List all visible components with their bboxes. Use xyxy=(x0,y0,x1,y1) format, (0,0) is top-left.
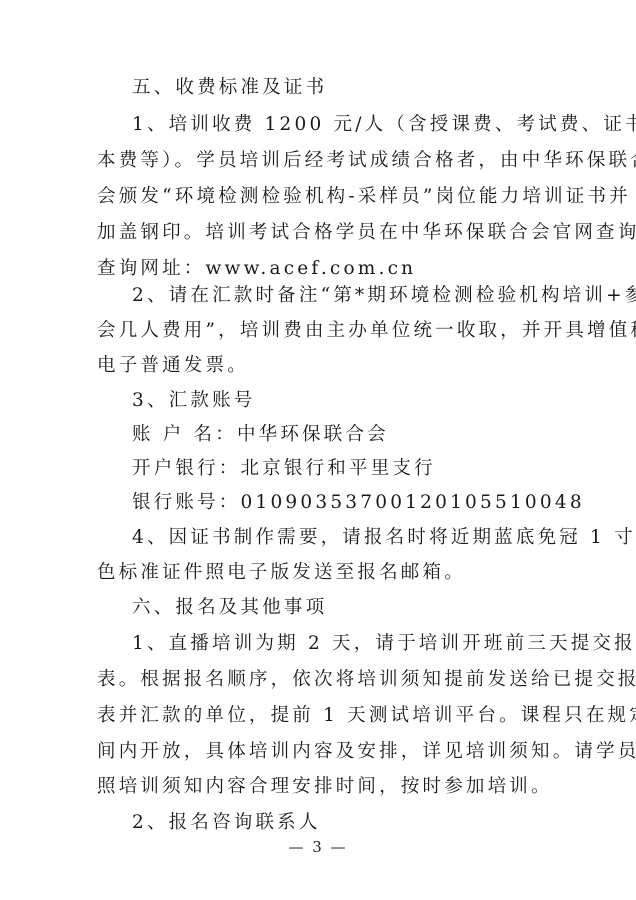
text-line: 电子普通发票。 xyxy=(97,354,249,378)
text-line: 银行账号：01090353700120105510048 xyxy=(132,491,585,515)
text-line: 1、培训收费 1200 元/人（含授课费、考试费、证书工 xyxy=(132,113,636,137)
text-line: 3、汇款账号 xyxy=(132,389,255,413)
text-line: 间内开放，具体培训内容及安排，详见培训须知。请学员参 xyxy=(97,740,636,764)
text-line: 2、请在汇款时备注“第*期环境检测检验机构培训+参 xyxy=(132,284,636,308)
text-line: 色标准证件照电子版发送至报名邮箱。 xyxy=(97,561,466,585)
text-line: 开户银行：北京银行和平里支行 xyxy=(132,457,436,481)
text-line: 4、因证书制作需要，请报名时将近期蓝底免冠 1 寸彩 xyxy=(132,526,636,550)
text-line: 1、直播培训为期 2 天，请于培训开班前三天提交报名 xyxy=(132,632,636,656)
text-line: 账 户 名：中华环保联合会 xyxy=(132,423,389,447)
text-line: 会几人费用”，培训费由主办单位统一收取，并开具增值税 xyxy=(97,319,636,343)
text-line: 六、报名及其他事项 xyxy=(132,596,327,620)
text-line: 会颁发“环境检测检验机构-采样员”岗位能力培训证书并 xyxy=(97,185,631,209)
text-line: 加盖钢印。培训考试合格学员在中华环保联合会官网查询。 xyxy=(97,221,636,245)
text-line: 查询网址：www.acef.com.cn xyxy=(97,257,416,281)
page-number: — 3 — xyxy=(0,838,636,856)
text-line: 表。根据报名顺序，依次将培训须知提前发送给已提交报名 xyxy=(97,668,636,692)
text-line: 照培训须知内容合理安排时间，按时参加培训。 xyxy=(97,775,553,799)
text-line: 2、报名咨询联系人 xyxy=(132,811,321,835)
document-page: 五、收费标准及证书1、培训收费 1200 元/人（含授课费、考试费、证书工本费等… xyxy=(0,0,636,900)
text-line: 表并汇款的单位，提前 1 天测试培训平台。课程只在规定时 xyxy=(97,704,636,728)
text-line: 五、收费标准及证书 xyxy=(132,76,327,100)
text-line: 本费等）。学员培训后经考试成绩合格者，由中华环保联合 xyxy=(97,149,636,173)
